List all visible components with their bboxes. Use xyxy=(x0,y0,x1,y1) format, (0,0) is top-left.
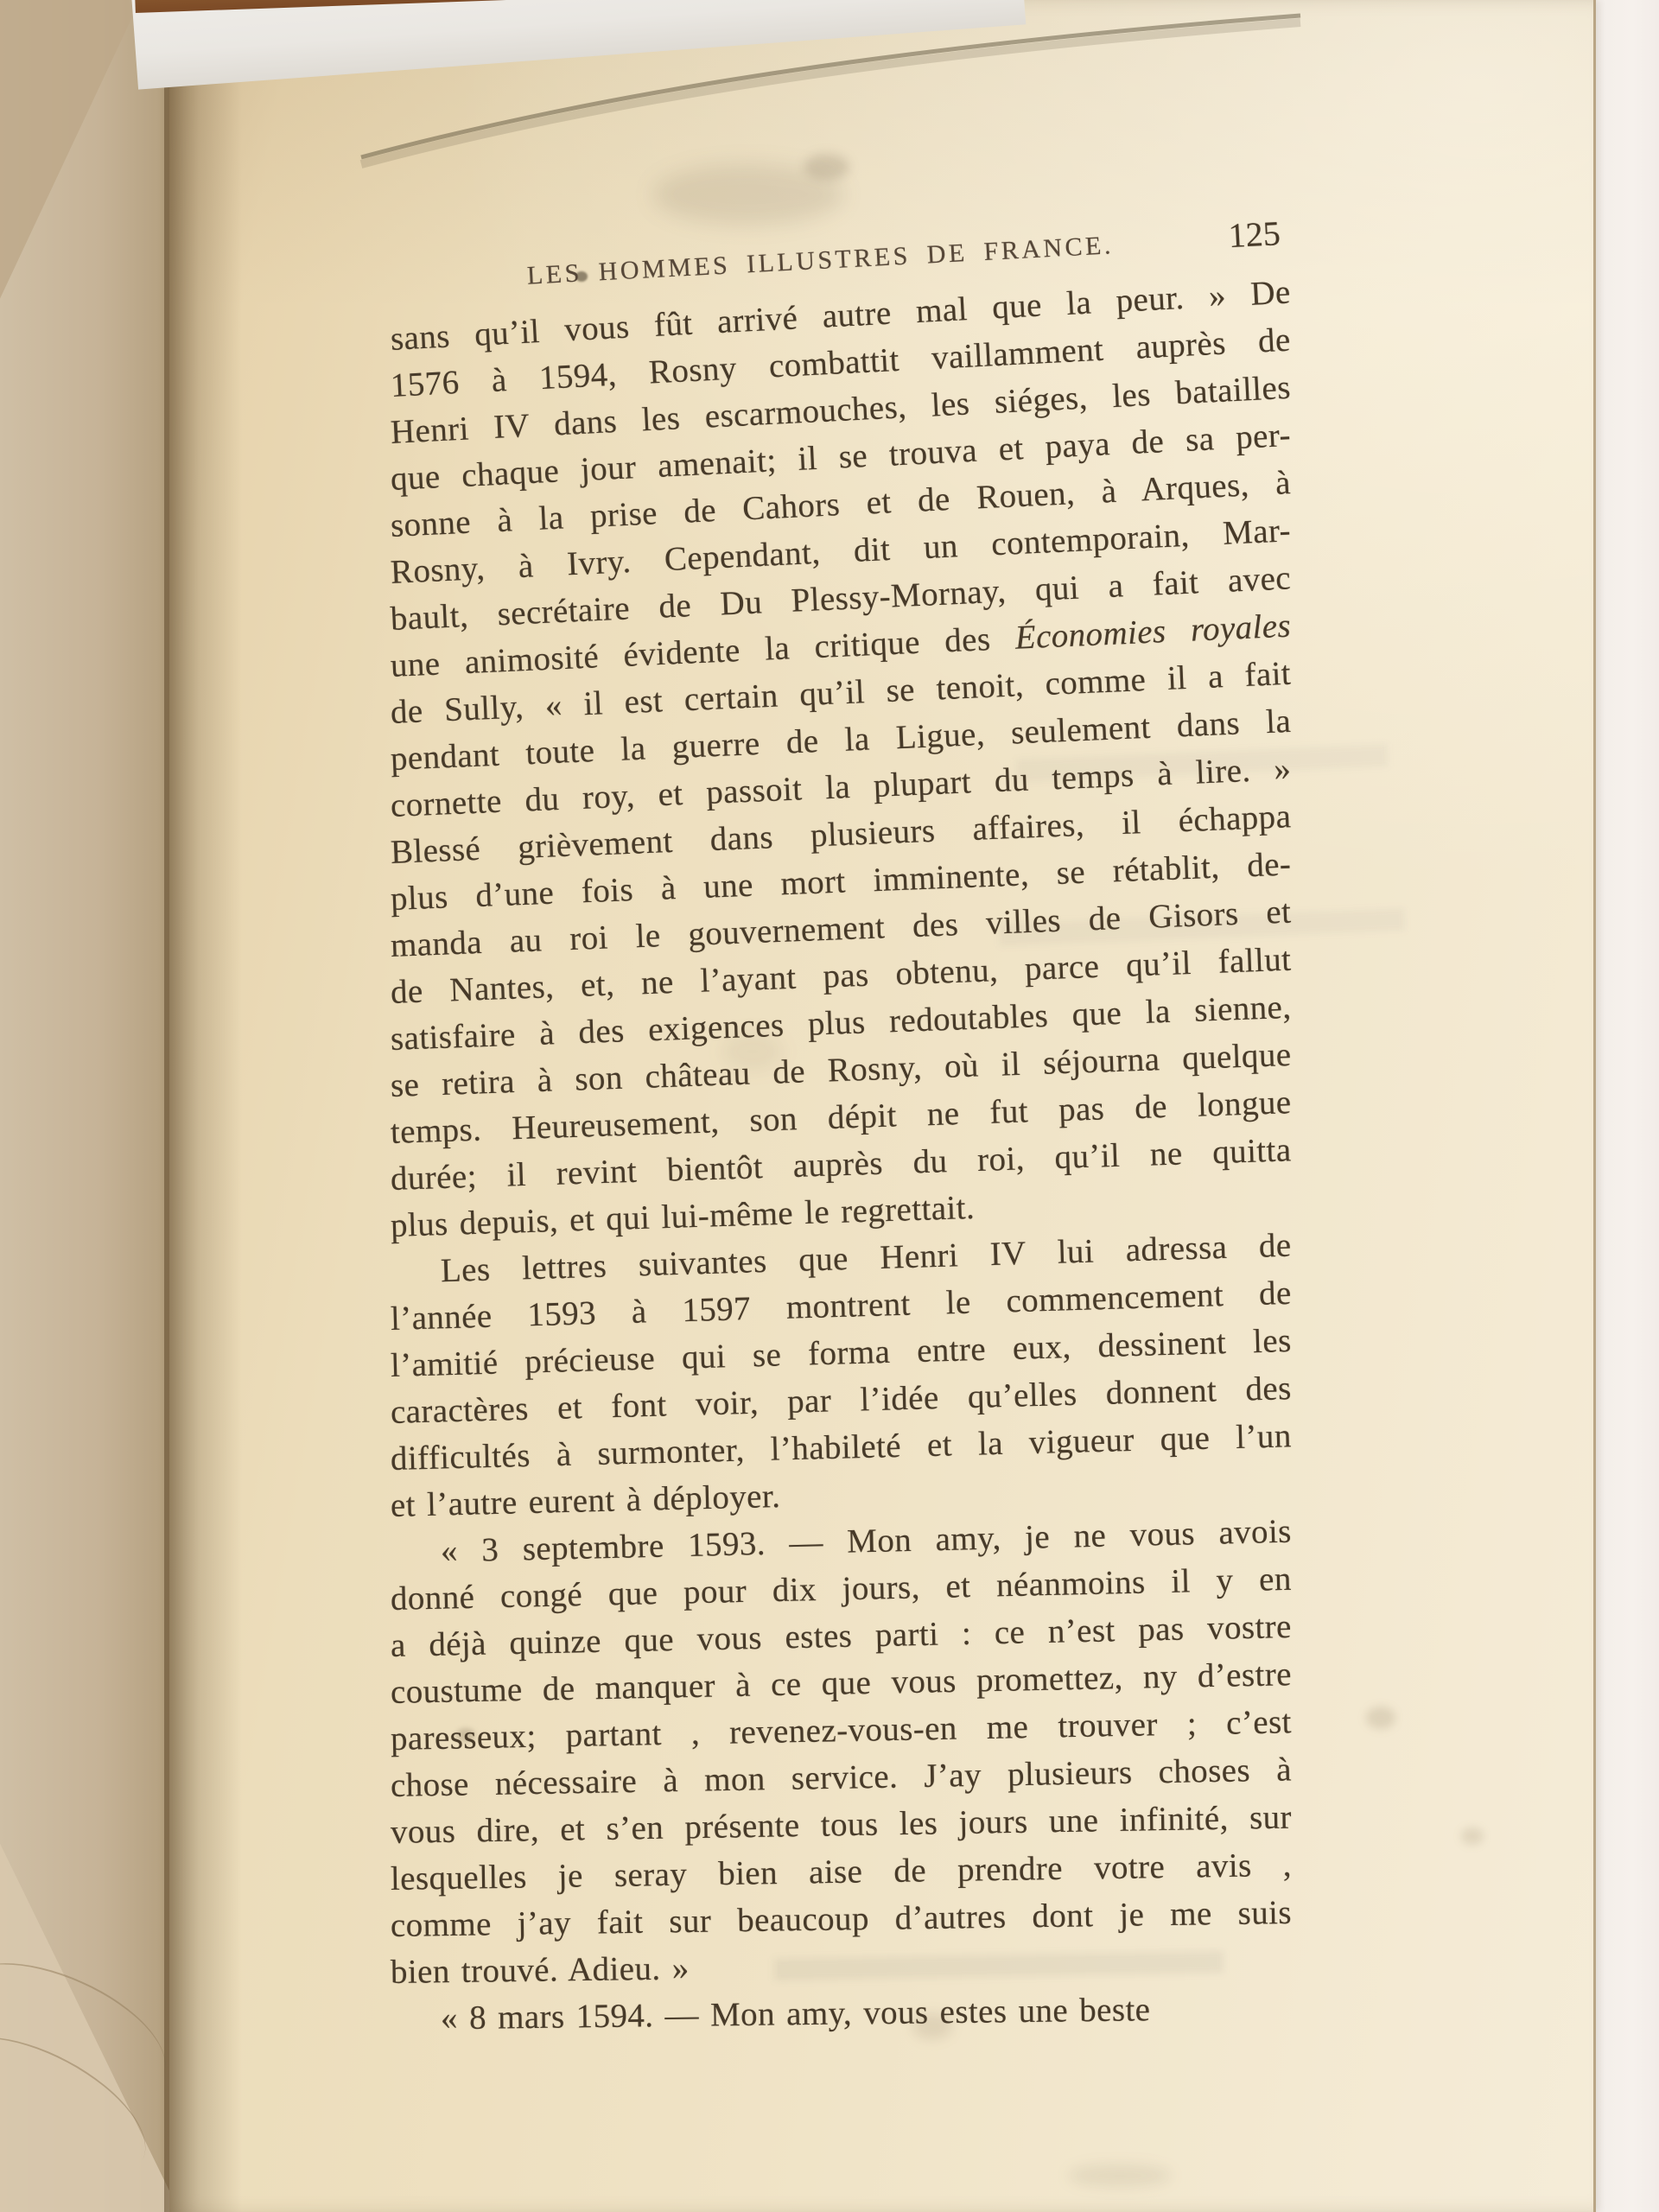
text-segment: et l’autre eurent à déployer. xyxy=(390,1478,780,1524)
text-block: sans qu’il vous fût arrivé autre mal que… xyxy=(391,316,1292,2043)
book-photo: LES HOMMES ILLUSTRES DE FRANCE. 125 sans… xyxy=(0,0,1659,2212)
stain xyxy=(653,164,843,225)
page-number: 125 xyxy=(1227,213,1281,256)
left-page-stack xyxy=(0,0,180,2212)
gutter-shadow xyxy=(164,0,242,2212)
text-segment: vous dire, et s’en présente tous les jou… xyxy=(391,1799,1293,1851)
stain xyxy=(1068,2164,1172,2187)
text-segment: lesquelles je seray bien aise de prendre… xyxy=(391,1847,1293,1897)
stain xyxy=(1461,1827,1484,1845)
stain xyxy=(804,154,849,180)
text-line: « 8 mars 1594. — Mon amy, vous estes une… xyxy=(391,1985,1293,2043)
text-segment: « 8 mars 1594. — Mon amy, vous estes une… xyxy=(441,1991,1151,2037)
page-right-edge-strip xyxy=(1593,0,1659,2212)
text-segment: comme j’ay fait sur beaucoup d’autres do… xyxy=(391,1894,1293,1944)
text-segment: bien trouvé. Adieu. » xyxy=(391,1949,690,1991)
stain xyxy=(1366,1707,1395,1729)
italic-text: Économies royales xyxy=(1014,607,1292,657)
